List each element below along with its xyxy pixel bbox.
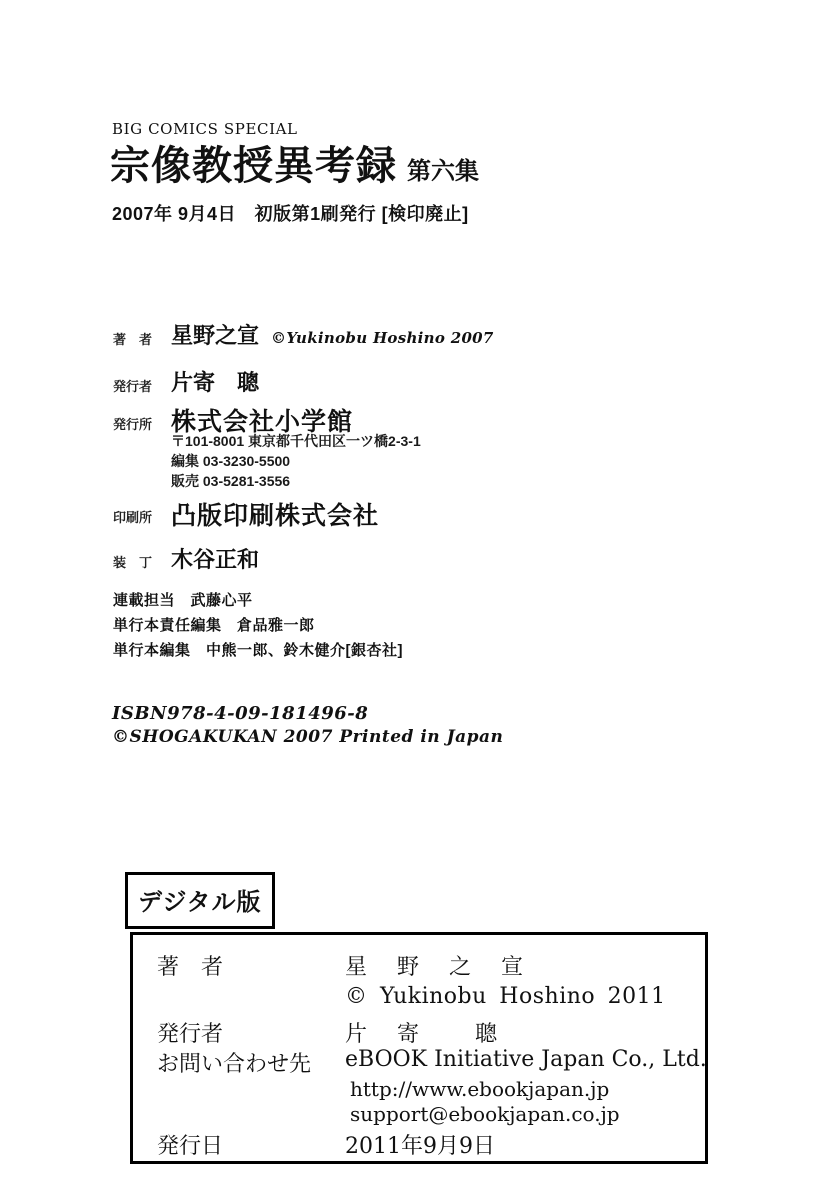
publisher-address-block: 〒101-8001 東京都千代田区一ツ橋2-3-1 編集 03-3230-550…	[171, 431, 421, 491]
publisher-label: 発行者	[113, 376, 152, 395]
digital-copyright-label	[157, 984, 345, 1009]
digital-release-date: 2011年9月9日	[345, 1129, 495, 1160]
design-label: 装 丁	[113, 552, 152, 571]
digital-edition-badge: デジタル版	[125, 872, 275, 929]
digital-publisher-name: 片 寄 聰	[345, 1017, 501, 1048]
digital-author-name: 星 野 之 宣	[345, 950, 527, 981]
digital-release-date-label: 発行日	[157, 1129, 345, 1160]
volume-editors-line: 単行本編集 中熊一郎、鈴木健介[銀杏社]	[113, 639, 403, 660]
digital-contact-company: eBOOK Initiative Japan Co., Ltd.	[345, 1047, 707, 1078]
author-row: 星野之宣©Yukinobu Hoshino 2007	[171, 319, 494, 350]
digital-author-label: 著 者	[157, 950, 345, 981]
author-copyright-note: ©Yukinobu Hoshino 2007	[271, 329, 494, 347]
author-name: 星野之宣	[171, 323, 259, 348]
digital-contact-row: お問い合わせ先 eBOOK Initiative Japan Co., Ltd.	[157, 1047, 697, 1078]
digital-website-url: http://www.ebookjapan.jp	[350, 1077, 609, 1101]
colophon-page: BIG COMICS SPECIAL 宗像教授異考録第六集 2007年 9月4日…	[0, 0, 840, 1200]
publisher-copyright: ©SHOGAKUKAN 2007 Printed in Japan	[112, 727, 503, 747]
publishing-house-label: 発行所	[113, 414, 152, 433]
publisher-name: 片寄 聰	[171, 366, 259, 397]
digital-support-label-spacer	[157, 1102, 345, 1126]
digital-publisher-label: 発行者	[157, 1017, 345, 1048]
editorial-phone: 編集 03-3230-5500	[171, 451, 421, 471]
author-label: 著 者	[113, 329, 152, 348]
digital-website-label-spacer	[157, 1077, 345, 1101]
book-volume: 第六集	[407, 158, 479, 185]
digital-website-row: http://www.ebookjapan.jp	[157, 1077, 697, 1101]
digital-support-email-row: support@ebookjapan.co.jp	[157, 1102, 697, 1126]
postal-address: 〒101-8001 東京都千代田区一ツ橋2-3-1	[171, 431, 421, 451]
digital-publisher-row: 発行者 片 寄 聰	[157, 1017, 697, 1048]
book-title: 宗像教授異考録	[110, 144, 397, 188]
isbn: ISBN978-4-09-181496-8	[112, 703, 368, 724]
designer-name: 木谷正和	[171, 543, 259, 574]
printer-label: 印刷所	[113, 507, 152, 526]
digital-edition-info-box: 著 者 星 野 之 宣 © Yukinobu Hoshino 2011 発行者 …	[130, 932, 708, 1164]
serial-editor-line: 連載担当 武藤心平	[113, 589, 253, 610]
printer-name: 凸版印刷株式会社	[171, 496, 379, 532]
book-title-row: 宗像教授異考録第六集	[110, 134, 479, 191]
digital-release-date-row: 発行日 2011年9月9日	[157, 1129, 697, 1160]
volume-chief-editor-line: 単行本責任編集 倉品雅一郎	[113, 614, 315, 635]
digital-support-email: support@ebookjapan.co.jp	[350, 1102, 620, 1126]
digital-copyright-note: © Yukinobu Hoshino 2011	[345, 984, 666, 1009]
digital-contact-label: お問い合わせ先	[157, 1047, 345, 1078]
sales-phone: 販売 03-5281-3556	[171, 471, 421, 491]
print-run-info: 2007年 9月4日 初版第1刷発行 [検印廃止]	[112, 200, 469, 226]
digital-author-row: 著 者 星 野 之 宣	[157, 950, 697, 981]
digital-copyright-row: © Yukinobu Hoshino 2011	[157, 984, 697, 1009]
